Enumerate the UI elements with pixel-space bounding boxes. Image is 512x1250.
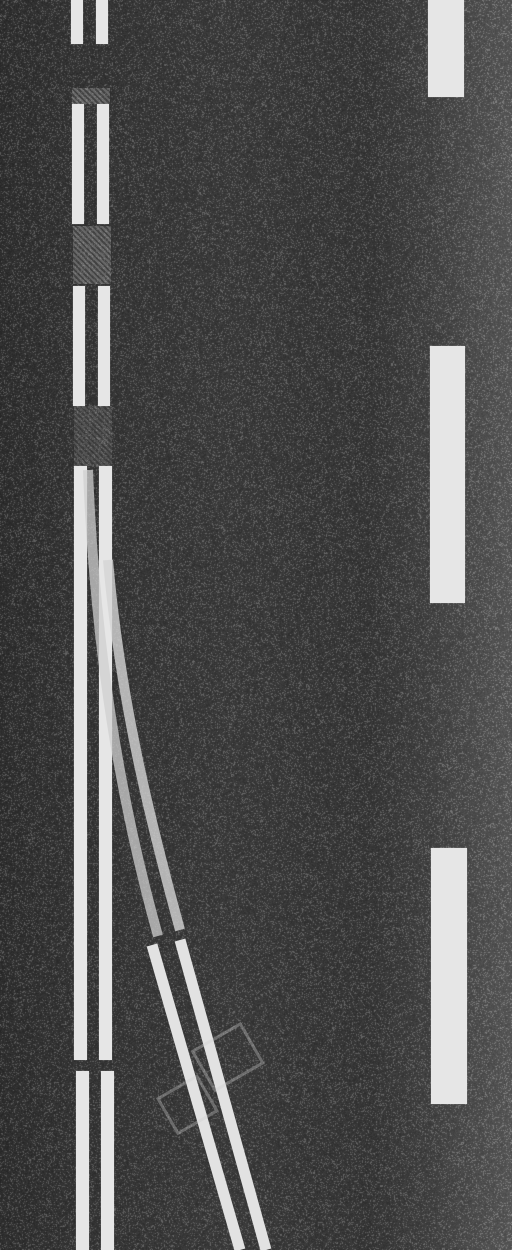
curved-lane-lines xyxy=(0,0,512,1250)
faded-symbol xyxy=(158,1024,263,1133)
road-aerial-image xyxy=(0,0,512,1250)
